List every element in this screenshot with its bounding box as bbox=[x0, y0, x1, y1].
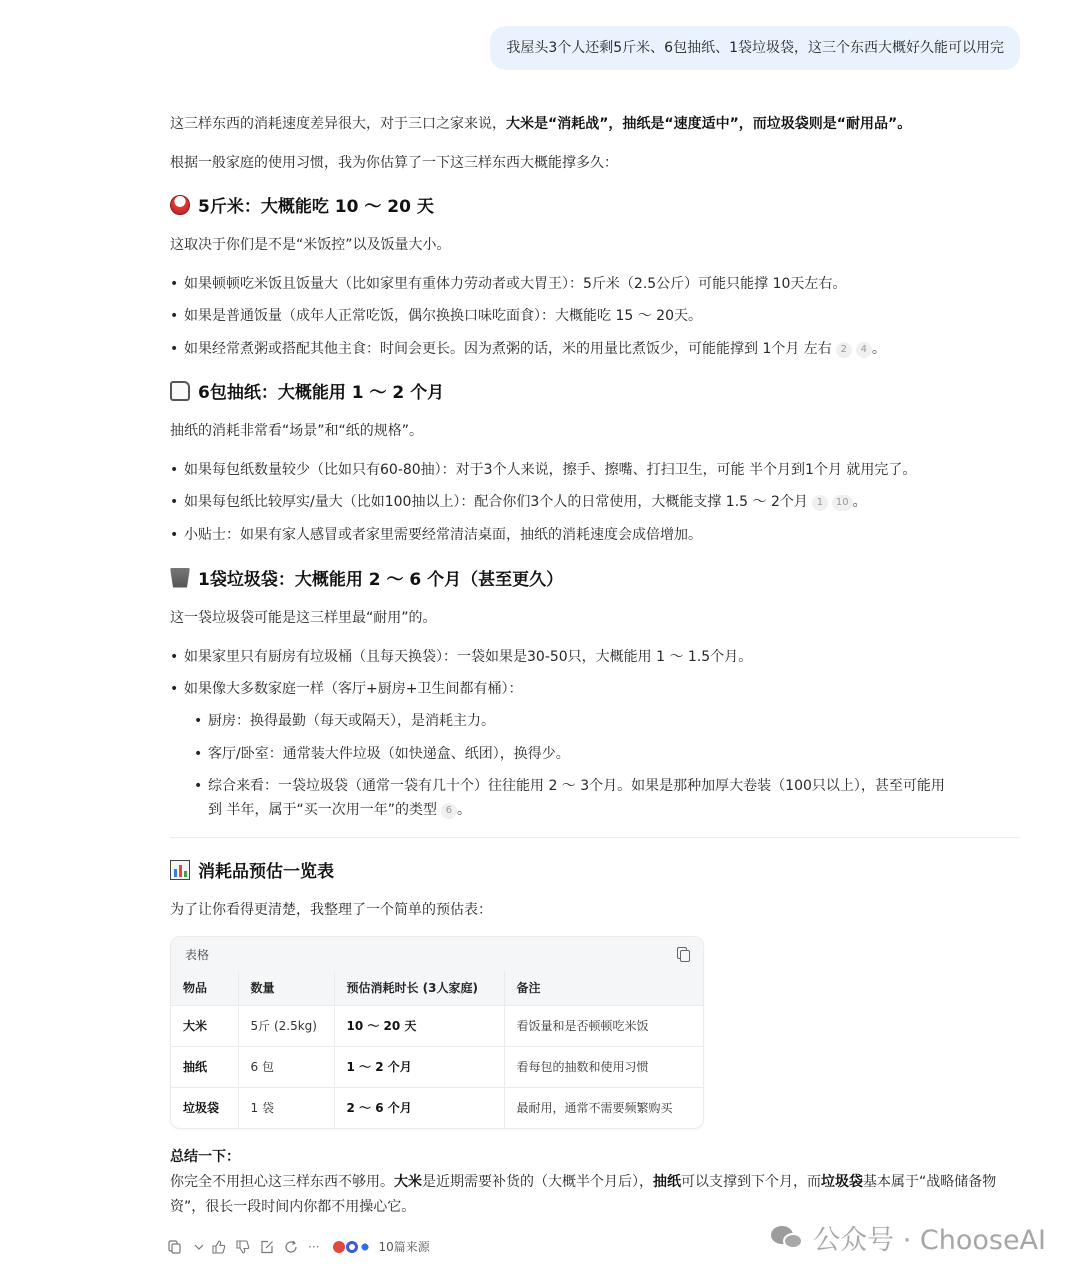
thumbs-up-icon[interactable] bbox=[212, 1240, 226, 1254]
copy-icon[interactable] bbox=[168, 1240, 182, 1254]
sub-list-item: • 综合来看：一袋垃圾袋（通常一袋有几十个）往往能用 2 ～ 3个月。如果是那种… bbox=[194, 776, 945, 822]
copy-icon[interactable] bbox=[677, 947, 689, 961]
summary-title: 总结一下： bbox=[170, 1146, 240, 1166]
trash-can-icon bbox=[170, 568, 190, 588]
intro-paragraph-2: 根据一般家庭的使用习惯，我为你估算了一下这三样东西大概能撑多久： bbox=[170, 152, 618, 172]
regenerate-icon[interactable] bbox=[284, 1240, 298, 1254]
watermark-text: 公众号 · ChooseAI bbox=[813, 1218, 1046, 1257]
list-item: •如果每包纸比较厚实/量大（比如100抽以上）：配合你们3个人的日常使用，大概能… bbox=[170, 492, 867, 512]
share-edit-icon[interactable] bbox=[260, 1240, 274, 1254]
more-options-icon[interactable]: ··· bbox=[308, 1240, 319, 1254]
list-item: •如果每包纸数量较少（比如只有60-80抽）：对于3个人来说，擦手、擦嘴、打扫卫… bbox=[170, 460, 916, 480]
bar-chart-icon bbox=[170, 860, 190, 880]
section-heading-rice: 5斤米：大概能吃 10 ～ 20 天 bbox=[170, 192, 434, 217]
tissue-roll-icon bbox=[170, 381, 190, 401]
source-logo-icon bbox=[333, 1241, 345, 1253]
rice-bowl-icon bbox=[170, 195, 190, 215]
estimate-table: 物品 数量 预估消耗时长 (3人家庭) 备注 大米 5斤 (2.5kg) 10 … bbox=[171, 971, 703, 1128]
intro-paragraph: 这三样东西的消耗速度差异很大，对于三口之家来说，大米是“消耗战”，抽纸是“速度适… bbox=[170, 113, 911, 133]
message-action-bar: ··· 10篇来源 bbox=[168, 1238, 430, 1255]
table-row: 垃圾袋 1 袋 2 ～ 6 个月 最耐用，通常不需要频繁购买 bbox=[171, 1087, 703, 1128]
section-lead: 抽纸的消耗非常看“场景”和“纸的规格”。 bbox=[170, 420, 423, 440]
table-row: 大米 5斤 (2.5kg) 10 ～ 20 天 看饭量和是否顿顿吃米饭 bbox=[171, 1005, 703, 1046]
table-header-row: 物品 数量 预估消耗时长 (3人家庭) 备注 bbox=[171, 971, 703, 1005]
chevron-down-icon[interactable] bbox=[192, 1240, 202, 1254]
table-section-lead: 为了让你看得更清楚，我整理了一个简单的预估表： bbox=[170, 899, 492, 919]
wechat-icon bbox=[771, 1224, 805, 1252]
user-message-bubble: 我屋头3个人还剩5斤米、6包抽纸、1袋垃圾袋，这三个东西大概好久能可以用完 bbox=[490, 26, 1020, 70]
citation-badge[interactable]: 4 bbox=[856, 342, 872, 358]
thumbs-down-icon[interactable] bbox=[236, 1240, 250, 1254]
section-heading-tissue: 6包抽纸：大概能用 1 ～ 2 个月 bbox=[170, 378, 444, 403]
sources-button[interactable]: 10篇来源 bbox=[333, 1238, 429, 1255]
list-item: •小贴士：如果有家人感冒或者家里需要经常清洁桌面，抽纸的消耗速度会成倍增加。 bbox=[170, 525, 702, 545]
list-item: •如果顿顿吃米饭且饭量大（比如家里有重体力劳动者或大胃王）：5斤米（2.5公斤）… bbox=[170, 274, 846, 294]
watermark: 公众号 · ChooseAI bbox=[771, 1218, 1046, 1257]
baidu-paw-icon bbox=[359, 1241, 371, 1253]
section-heading-trash-bags: 1袋垃圾袋：大概能用 2 ～ 6 个月（甚至更久） bbox=[170, 565, 563, 590]
table-section-heading: 消耗品预估一览表 bbox=[170, 857, 334, 882]
list-item: •如果经常煮粥或搭配其他主食：时间会更长。因为煮粥的话，米的用量比煮饭少，可能能… bbox=[170, 339, 886, 359]
citation-badge[interactable]: 6 bbox=[441, 803, 457, 819]
list-item: •如果像大多数家庭一样（客厅+厨房+卫生间都有桶）： bbox=[170, 679, 522, 699]
citation-badge[interactable]: 1 bbox=[812, 495, 828, 511]
sub-list-item: •厨房：换得最勤（每天或隔天），是消耗主力。 bbox=[194, 711, 495, 731]
sources-label[interactable]: 10篇来源 bbox=[378, 1238, 429, 1255]
citation-badge[interactable]: 2 bbox=[836, 342, 852, 358]
summary-paragraph: 你完全不用担心这三样东西不够用。大米是近期需要补货的（大概半个月后），抽纸可以支… bbox=[170, 1170, 1028, 1220]
sub-list-item: •客厅/卧室：通常装大件垃圾（如快递盒、纸团），换得少。 bbox=[194, 744, 570, 764]
section-lead: 这一袋垃圾袋可能是这三样里最“耐用”的。 bbox=[170, 607, 437, 627]
source-logo-icon bbox=[346, 1241, 358, 1253]
estimate-table-card: 表格 物品 数量 预估消耗时长 (3人家庭) 备注 大米 5斤 (2.5kg) … bbox=[170, 936, 704, 1129]
table-card-label: 表格 bbox=[185, 946, 209, 963]
section-lead: 这取决于你们是不是“米饭控”以及饭量大小。 bbox=[170, 234, 451, 254]
table-row: 抽纸 6 包 1 ～ 2 个月 看每包的抽数和使用习惯 bbox=[171, 1046, 703, 1087]
section-divider bbox=[170, 837, 1020, 838]
list-item: •如果家里只有厨房有垃圾桶（且每天换袋）：一袋如果是30-50只，大概能用 1 … bbox=[170, 647, 752, 667]
list-item: •如果是普通饭量（成年人正常吃饭，偶尔换换口味吃面食）：大概能吃 15 ～ 20… bbox=[170, 306, 702, 326]
table-card-header: 表格 bbox=[171, 937, 703, 971]
citation-badge[interactable]: 10 bbox=[832, 495, 853, 511]
user-message-text: 我屋头3个人还剩5斤米、6包抽纸、1袋垃圾袋，这三个东西大概好久能可以用完 bbox=[506, 40, 1004, 56]
